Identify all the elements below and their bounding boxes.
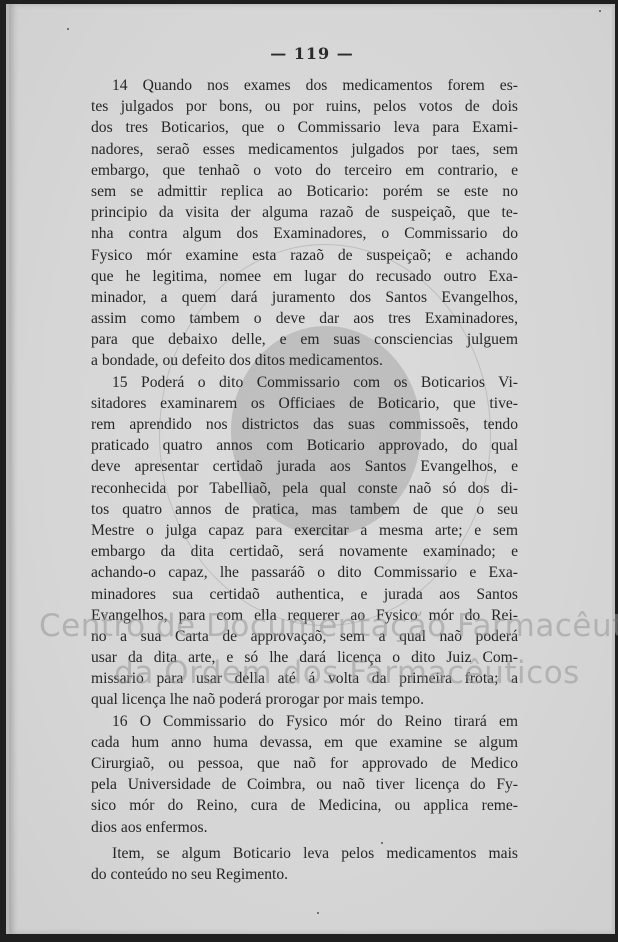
- text-line: minadores sua certidaõ authentica, e jur…: [91, 584, 518, 605]
- text-line: embargo, que tenhaõ o voto do terceiro e…: [91, 160, 518, 181]
- text-line: assim como tambem o deve dar aos tres Ex…: [91, 308, 518, 329]
- text-line: para que debaixo delle, e em suas consci…: [91, 329, 518, 350]
- text-line: que he legitima, nomee em lugar do recus…: [91, 266, 518, 287]
- paragraph-16: 16 O Commissario do Fysico mór do Reino …: [91, 711, 518, 838]
- text-line: a bondade, ou defeito dos ditos medicame…: [91, 350, 518, 371]
- page-number: — 119 —: [9, 44, 615, 63]
- text-line: dios aos enfermos.: [91, 817, 518, 838]
- text-line: Evangelhos, para com ella requerer ao Fy…: [91, 605, 518, 626]
- text-line: pela Universidade de Coimbra, ou naõ tiv…: [91, 774, 518, 795]
- text-line: cada hum anno huma devassa, em que exami…: [91, 732, 518, 753]
- text-line: dos tres Boticarios, que o Commissario l…: [91, 117, 518, 138]
- text-line: praticado quatro annos com Boticario app…: [91, 435, 518, 456]
- text-line: achando-o capaz, lhe passaráõ o dito Com…: [91, 562, 518, 583]
- page-edge: [612, 4, 615, 934]
- text-line: nadores, seraõ esses medicamentos julgad…: [91, 139, 518, 160]
- text-line: Fysico mór examine esta razaõ de suspeiç…: [91, 245, 518, 266]
- scanned-page: — 119 — 14 Quando nos exames dos medicam…: [6, 4, 615, 934]
- text-line: tos quatro annos de pratica, mas tambem …: [91, 499, 518, 520]
- paragraph-14: 14 Quando nos exames dos medicamentos fo…: [91, 75, 518, 372]
- text-line: 15 Poderá o dito Commissario com os Boti…: [91, 372, 518, 393]
- text-line: minador, a quem dará juramento dos Santo…: [91, 287, 518, 308]
- text-line: deve apresentar certidaõ jurada aos Sant…: [91, 456, 518, 477]
- text-line: Item, se algum Boticario leva pelos medi…: [91, 843, 518, 864]
- text-line: sem se admittir replica ao Boticario: po…: [91, 181, 518, 202]
- text-line: do conteúdo no seu Regimento.: [91, 864, 518, 885]
- text-line: sitadores examinarem os Officiaes de Bot…: [91, 393, 518, 414]
- paragraph-15: 15 Poderá o dito Commissario com os Boti…: [91, 372, 518, 711]
- text-line: tes julgados por bons, ou por ruins, pel…: [91, 96, 518, 117]
- text-line: nha contra algum dos Examinadores, o Com…: [91, 223, 518, 244]
- text-line: Mestre o julga capaz para exercitar a me…: [91, 520, 518, 541]
- text-line: no a sua Carta de approvaçaõ, sem a qual…: [91, 626, 518, 647]
- page-body-text: 14 Quando nos exames dos medicamentos fo…: [91, 75, 518, 885]
- text-line: usar da dita arte, e só lhe dará licença…: [91, 647, 518, 668]
- text-line: reconhecida por Tabelliaõ, pela qual con…: [91, 478, 518, 499]
- text-line: 16 O Commissario do Fysico mór do Reino …: [91, 711, 518, 732]
- paragraph-item: Item, se algum Boticario leva pelos medi…: [91, 843, 518, 885]
- text-line: rem aprendido nos districtos das suas co…: [91, 414, 518, 435]
- text-line: Cirurgiaõ, ou pessoa, que naõ for approv…: [91, 753, 518, 774]
- text-line: 14 Quando nos exames dos medicamentos fo…: [91, 75, 518, 96]
- text-line: sico mór do Reino, cura de Medicina, ou …: [91, 795, 518, 816]
- text-line: missario para usar della até á volta da …: [91, 668, 518, 689]
- text-line: embargo da dita certidaõ, será novamente…: [91, 541, 518, 562]
- text-line: principio da visita der alguma razaõ de …: [91, 202, 518, 223]
- text-line: qual licença lhe naõ poderá prorogar por…: [91, 689, 518, 710]
